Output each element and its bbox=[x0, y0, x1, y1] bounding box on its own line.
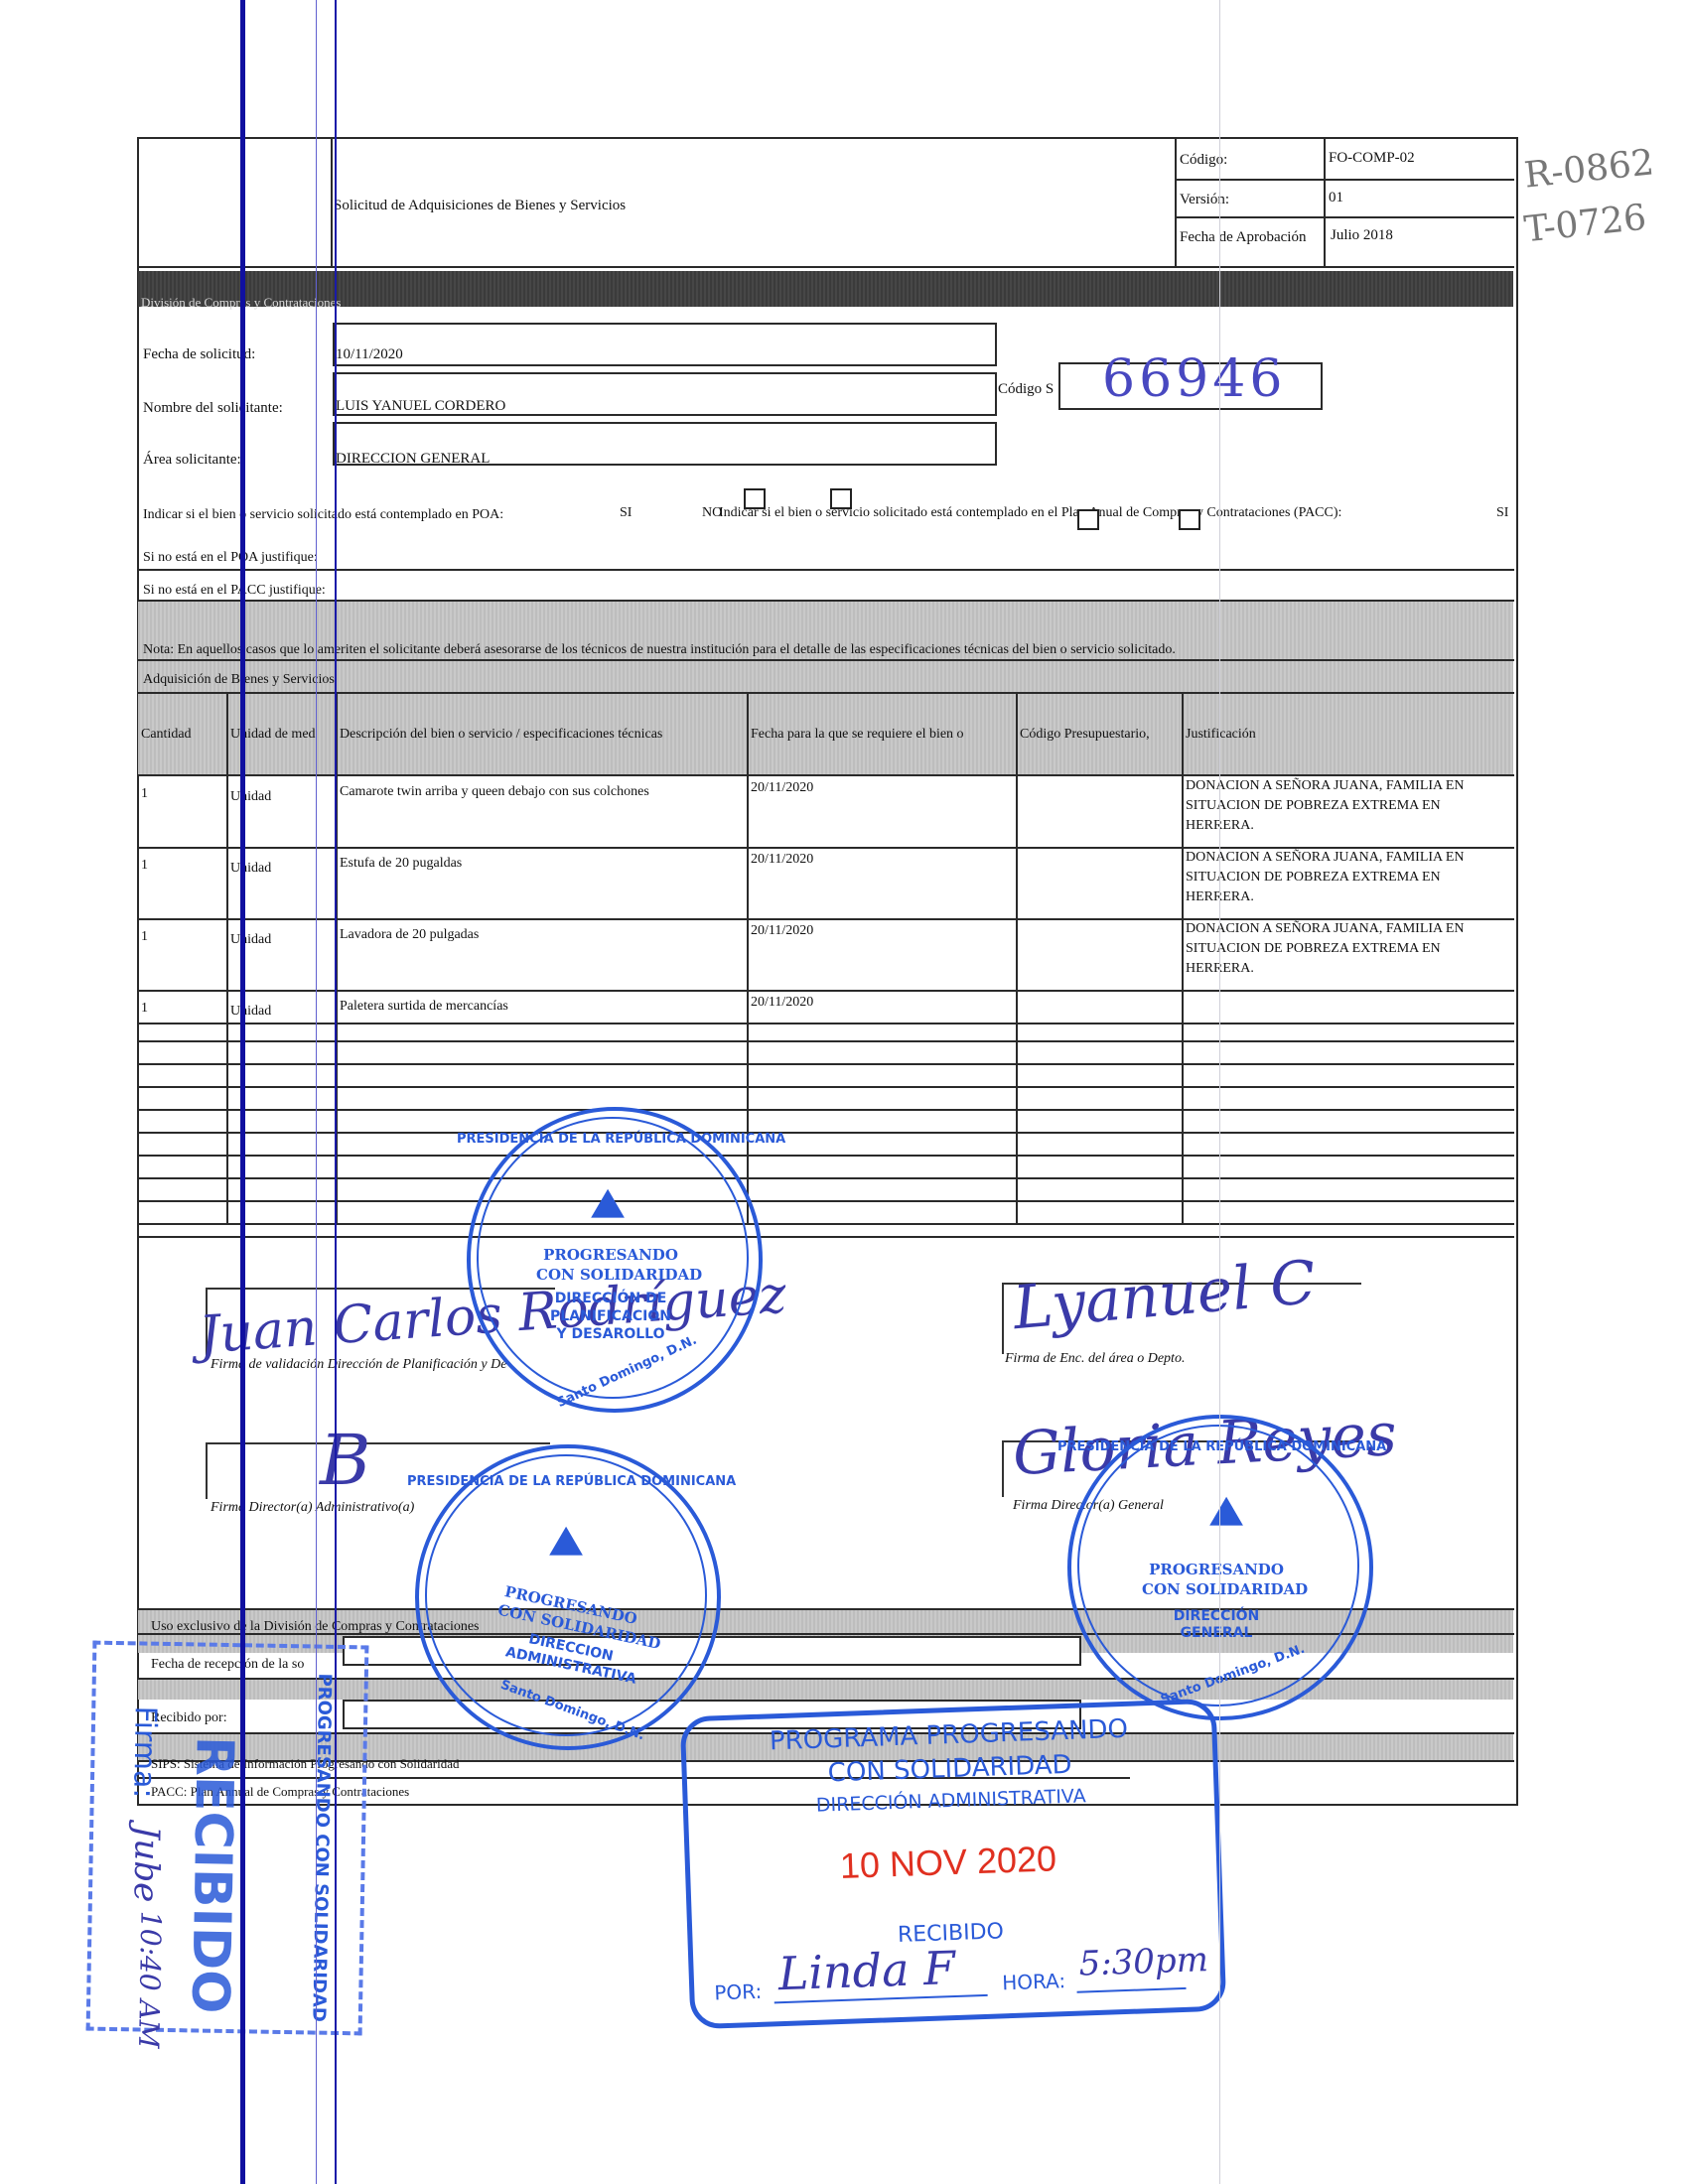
table-col-line bbox=[1182, 694, 1184, 1223]
header-divider bbox=[331, 137, 333, 268]
codigo-s-label: Código S bbox=[998, 382, 1054, 397]
poa-si-label: SI bbox=[620, 506, 632, 520]
table-header-3: Fecha para la que se requiere el bien o bbox=[751, 728, 1016, 742]
table-cell-justificacion: DONACION A SEÑORA JUANA, FAMILIA EN SITU… bbox=[1186, 919, 1508, 979]
table-cell-fecha: 20/11/2020 bbox=[751, 853, 813, 867]
table-row-line bbox=[137, 1040, 1514, 1042]
dir-admin-signature: B bbox=[320, 1420, 370, 1501]
pacc-si-checkbox[interactable] bbox=[1077, 509, 1099, 530]
table-row-line bbox=[137, 1200, 1514, 1202]
enc-area-label: Firma de Enc. del área o Depto. bbox=[1005, 1352, 1185, 1366]
table-cell-unidad: Unidad bbox=[230, 790, 271, 804]
side-received-stamp: Firma: Jube 10:40 AM RECIBIDO PROGRESAND… bbox=[86, 1641, 369, 2036]
table-cell-descripcion: Paletera surtida de mercancías bbox=[340, 1000, 508, 1014]
table-cell-unidad: Unidad bbox=[230, 933, 271, 947]
nombre-solicitante-label: Nombre del solicitante: bbox=[143, 401, 283, 416]
poa-question: Indicar si el bien o servicio solicitado… bbox=[143, 508, 503, 522]
table-header-0: Cantidad bbox=[141, 728, 226, 742]
table-row-line bbox=[137, 990, 1514, 992]
area-solicitante-label: Área solicitante: bbox=[143, 453, 241, 468]
scan-artifact-line bbox=[1219, 0, 1220, 2184]
table-caption: Adquisición de Bienes y Servicios bbox=[143, 673, 335, 687]
header-row-line bbox=[1175, 216, 1514, 218]
table-header-1: Unidad de med bbox=[230, 728, 336, 742]
form-title: Solicitud de Adquisiciones de Bienes y S… bbox=[334, 199, 626, 213]
table-cell-descripcion: Camarote twin arriba y queen debajo con … bbox=[340, 785, 649, 799]
table-row-line bbox=[137, 1109, 1514, 1111]
codigo-s-value: 66946 bbox=[1102, 349, 1286, 409]
table-col-line bbox=[226, 694, 228, 1223]
version-value: 01 bbox=[1329, 191, 1343, 205]
header-row-line bbox=[1175, 179, 1514, 181]
table-cell-cantidad: 1 bbox=[141, 787, 148, 801]
signature-top-line bbox=[137, 1236, 1514, 1238]
margin-note-2: T-0726 bbox=[1522, 198, 1648, 251]
table-cell-fecha: 20/11/2020 bbox=[751, 781, 813, 795]
scan-artifact-line bbox=[335, 0, 337, 2184]
row-line bbox=[137, 659, 1514, 661]
scan-artifact-line bbox=[240, 0, 245, 2184]
row-line bbox=[137, 569, 1514, 571]
table-row-line bbox=[137, 1177, 1514, 1179]
table-cell-cantidad: 1 bbox=[141, 930, 148, 944]
pacc-question: Indicar si el bien o servicio solicitado… bbox=[719, 506, 1341, 520]
table-cell-descripcion: Estufa de 20 pugaldas bbox=[340, 857, 462, 871]
header-bottom-line bbox=[137, 266, 1514, 268]
table-cell-unidad: Unidad bbox=[230, 1005, 271, 1019]
header-code-divider bbox=[1175, 137, 1177, 268]
codigo-value: FO-COMP-02 bbox=[1329, 151, 1415, 166]
pacc-justify-label: Si no está en el PACC justifique: bbox=[143, 584, 326, 598]
received-stamp: PROGRAMA PROGRESANDO CON SOLIDARIDAD DIR… bbox=[680, 1699, 1227, 2030]
table-cell-descripcion: Lavadora de 20 pulgadas bbox=[340, 928, 479, 942]
pacc-no-checkbox[interactable] bbox=[1179, 509, 1200, 530]
table-cell-cantidad: 1 bbox=[141, 1002, 148, 1016]
fecha-solicitud-field[interactable] bbox=[333, 323, 997, 366]
scan-artifact-line bbox=[316, 0, 317, 2184]
fecha-aprobacion-label: Fecha de Aprobación bbox=[1180, 230, 1322, 245]
table-row-line bbox=[137, 1086, 1514, 1088]
margin-note-1: R-0862 bbox=[1522, 142, 1655, 196]
table-cell-cantidad: 1 bbox=[141, 859, 148, 873]
table-row-line bbox=[137, 1023, 1514, 1024]
table-header-5: Justificación bbox=[1186, 728, 1514, 742]
header-value-divider bbox=[1324, 137, 1326, 268]
fecha-solicitud-value: 10/11/2020 bbox=[336, 347, 403, 362]
nombre-solicitante-value: LUIS YANUEL CORDERO bbox=[336, 399, 505, 414]
fecha-solicitud-label: Fecha de solicitud: bbox=[143, 347, 255, 362]
table-cell-fecha: 20/11/2020 bbox=[751, 996, 813, 1010]
table-row-line bbox=[137, 1155, 1514, 1157]
fecha-aprobacion-value: Julio 2018 bbox=[1331, 228, 1393, 243]
table-header-2: Descripción del bien o servicio / especi… bbox=[340, 728, 747, 742]
table-header-4: Código Presupuestario, bbox=[1020, 728, 1182, 742]
table-row-line bbox=[137, 1223, 1514, 1225]
section-bar bbox=[138, 271, 1513, 307]
area-solicitante-value: DIRECCION GENERAL bbox=[336, 452, 490, 467]
table-row-line bbox=[137, 1132, 1514, 1134]
pacc-si-label: SI bbox=[1496, 506, 1508, 520]
table-col-line bbox=[1016, 694, 1018, 1223]
table-cell-fecha: 20/11/2020 bbox=[751, 924, 813, 938]
table-row-line bbox=[137, 1063, 1514, 1065]
version-label: Versión: bbox=[1180, 193, 1229, 207]
poa-justify-label: Si no está en el POA justifique: bbox=[143, 551, 318, 565]
table-cell-unidad: Unidad bbox=[230, 862, 271, 876]
table-cell-justificacion: DONACION A SEÑORA JUANA, FAMILIA EN SITU… bbox=[1186, 848, 1508, 907]
table-cell-justificacion: DONACION A SEÑORA JUANA, FAMILIA EN SITU… bbox=[1186, 776, 1508, 836]
codigo-label: Código: bbox=[1180, 153, 1227, 168]
note-text: Nota: En aquellos casos que lo ameriten … bbox=[143, 643, 1176, 657]
